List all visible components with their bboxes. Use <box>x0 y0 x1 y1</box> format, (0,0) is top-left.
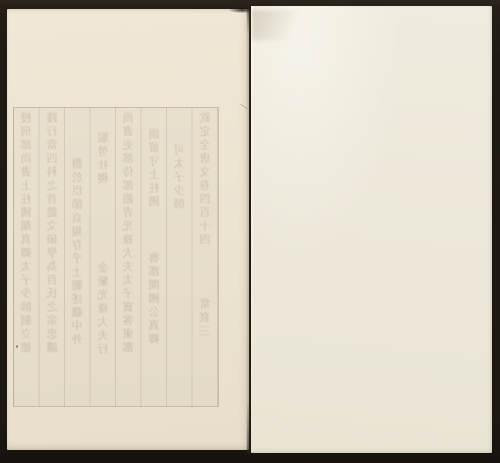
showthrough-text-block: 授刑部尚書上柱國顏真卿太子少師制立德踐行當四科之首懿文碩學為百氏之宗忠讜罄於臣節… <box>13 107 219 407</box>
showthrough-column-run: 尚書吏部侍郎銀青光祿大夫太子賓客東都 <box>122 112 135 355</box>
page-fold-highlight <box>251 6 253 453</box>
showthrough-column-run: 欽定全唐文卷四百十四 <box>199 112 212 247</box>
showthrough-column-run: 踐行當四科之首懿文碩學為百氏之宗忠讜 <box>46 112 59 355</box>
showthrough-column-run: 授刑部尚書上柱國顏真卿太子少師制立德 <box>20 112 33 355</box>
gutter-crease <box>247 8 250 454</box>
left-page: 授刑部尚書上柱國顏真卿太子少師制立德踐行當四科之首懿文碩學為百氏之宗忠讜罄於臣節… <box>7 9 249 450</box>
showthrough-column-run: 可太子少師 <box>173 144 186 212</box>
paper-speck <box>16 345 18 348</box>
showthrough-column-run: 常袞三 <box>199 298 212 339</box>
showthrough-column-run: 副留守上柱國 <box>148 128 161 209</box>
page-fold-shadow <box>252 10 310 40</box>
showthrough-column-run: 罄於臣節貞規存乎士範述職中外 <box>71 158 84 347</box>
showthrough-column-run: 服勞社稷 <box>97 132 110 186</box>
showthrough-column-run: 魯郡開國公真卿 <box>148 252 161 347</box>
showthrough-column-run: 金紫光祿大夫行 <box>97 262 110 357</box>
book-scan: 授刑部尚書上柱國顏真卿太子少師制立德踐行當四科之首懿文碩學為百氏之宗忠讜罄於臣節… <box>0 0 500 463</box>
right-page <box>251 6 492 453</box>
